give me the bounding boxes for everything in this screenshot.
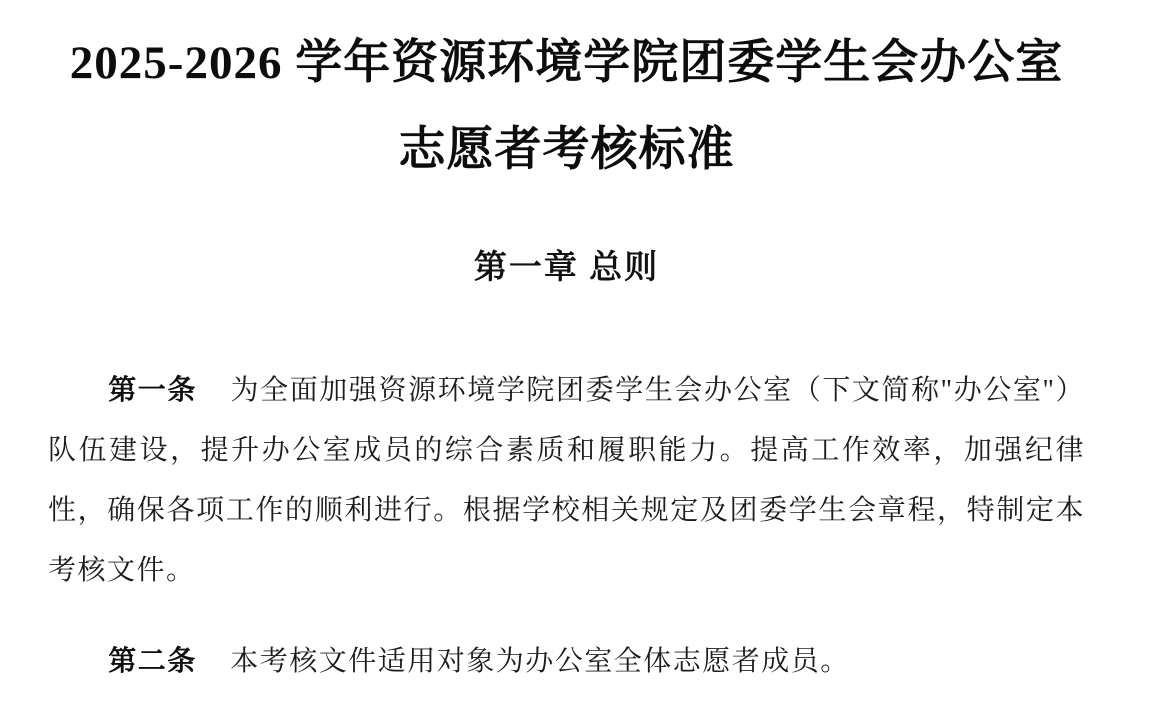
document-page: 2025-2026 学年资源环境学院团委学生会办公室 志愿者考核标准 第一章 总… (0, 0, 1167, 723)
document-title: 2025-2026 学年资源环境学院团委学生会办公室 志愿者考核标准 (48, 20, 1085, 194)
paragraph-clause-2: 第二条本考核文件适用对象为办公室全体志愿者成员。 (48, 632, 1085, 692)
clause-label: 第二条 (108, 646, 197, 677)
clause-label: 第一条 (108, 375, 197, 406)
title-line-2: 志愿者考核标准 (48, 107, 1085, 194)
title-line-1: 2025-2026 学年资源环境学院团委学生会办公室 (48, 20, 1085, 107)
clause-text: 为全面加强资源环境学院团委学生会办公室（下文简称"办公室"）队伍建设，提升办公室… (48, 375, 1085, 586)
chapter-heading: 第一章 总则 (48, 246, 1085, 290)
paragraph-clause-1: 第一条为全面加强资源环境学院团委学生会办公室（下文简称"办公室"）队伍建设，提升… (48, 361, 1085, 601)
clause-text: 本考核文件适用对象为办公室全体志愿者成员。 (230, 646, 850, 677)
